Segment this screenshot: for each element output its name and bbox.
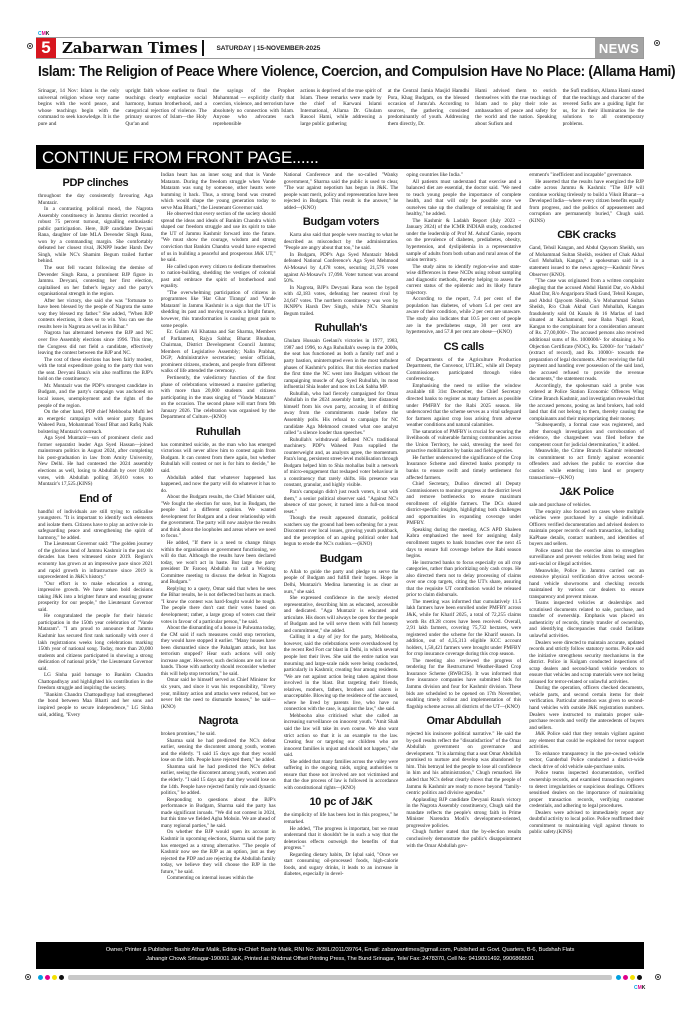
story-paragraph: Sharma said he had predicted the NC's de… <box>161 738 276 764</box>
story-paragraph: has committed suicide, as the man who ha… <box>161 442 276 475</box>
story-paragraph: The meeting also reviewed the progress o… <box>406 658 521 710</box>
story-paragraph: Chugh further stated that the by-electio… <box>406 829 521 849</box>
story-paragraph: to Allah to guide the party and pledge t… <box>284 569 399 595</box>
yellow-swatch <box>52 975 57 980</box>
story-paragraph: Teams inspected vehicles at dealerships … <box>529 600 644 639</box>
column-1: PDP clinchesthroughout the day consisten… <box>38 172 153 932</box>
story-paragraph: The study aims to identify region-wise a… <box>406 264 521 297</box>
registration-mark-top-left <box>27 43 33 49</box>
story-subhead: CS calls <box>406 340 521 354</box>
story-paragraph: Aga Syed Muntazir—son of prominent cleri… <box>38 435 153 487</box>
story-paragraph: The cost of these elections has been fai… <box>38 357 153 383</box>
story-paragraph: He instructed banks to focus especially … <box>406 560 521 599</box>
story-paragraph: Ghulam Hussain Geelani's victories in 19… <box>284 338 399 390</box>
magenta-swatch <box>623 975 628 980</box>
page-number: 5 <box>36 38 56 58</box>
issue-date: SATURDAY | 15-NOVEMBER-2025 <box>204 38 320 58</box>
cyan-swatch <box>38 975 43 980</box>
story-paragraph: Speaking during the meeting, ACS APD Sha… <box>406 527 521 560</box>
story-paragraph: ernment's "inefficient and incapable" go… <box>529 172 644 179</box>
story-paragraph: Chief Secretary, Dulloo directed all Dep… <box>406 481 521 527</box>
story-paragraph: During the operation, officers checked d… <box>529 685 644 731</box>
lead-column: the Sufi tradition, Allama Hami stated t… <box>563 88 644 128</box>
story-paragraph: Dealers were advised to immediately repo… <box>529 810 644 836</box>
story-paragraph: Mr. Muntazir was the PDP's strongest can… <box>38 383 153 409</box>
color-calibration-strip <box>38 974 642 980</box>
story-paragraph: Responding to questions about the BJP's … <box>161 797 276 830</box>
story-paragraph: Omar said he himself served as Chief Min… <box>161 677 276 710</box>
lead-column: Srinagar, 14 Nov: Islam is the only univ… <box>38 88 119 128</box>
story-paragraph: She added that many families across the … <box>284 759 399 792</box>
story-paragraph: Indian heart has an inner song and that … <box>161 172 276 211</box>
story-paragraph: Police stated that the exercise aims to … <box>529 548 644 568</box>
story-paragraph: Para's campaign didn't just reach voters… <box>284 489 399 515</box>
story-paragraph: In a contrasting political mood, the Nag… <box>38 206 153 265</box>
story-paragraph: The seat fell vacant following the demis… <box>38 265 153 298</box>
story-paragraph: She expressed confidence in the newly el… <box>284 595 399 634</box>
story-paragraph: Nagrota has alternated between the BJP a… <box>38 330 153 356</box>
story-paragraph: "Bankim Chandra Chattopadhyay had streng… <box>38 692 153 718</box>
story-paragraph: "The overwhelming participation of citiz… <box>161 290 276 329</box>
column-2: Indian heart has an inner song and that … <box>161 172 276 932</box>
story-paragraph: Commenting on internal issues within the <box>161 875 276 882</box>
story-paragraph: Regarding dietary habits, Dr Iqbal said,… <box>284 852 399 878</box>
story-subhead: 10 pc of J&K <box>284 795 399 809</box>
masthead: 5 Zabarwan Times SATURDAY | 15-NOVEMBER-… <box>36 37 644 59</box>
story-paragraph: He added, "The progress is important, bu… <box>284 826 399 852</box>
story-paragraph: the simplicity of life has been lost in … <box>284 812 399 825</box>
story-paragraph: Pertinently, the valedictory function of… <box>161 375 276 421</box>
story-paragraph: The Kashmir & Ladakh Report (July 2023 –… <box>406 218 521 264</box>
registration-mark-bottom-left <box>25 974 31 980</box>
story-paragraph: Police teams inspected documentation, ve… <box>529 770 644 809</box>
story-paragraph: The saturation of PMFBY is crucial for s… <box>406 429 521 455</box>
imprint-line-2: Jahangir Chowk Srinagar-190001 J&K, Prin… <box>36 955 644 964</box>
story-paragraph: Shamma said he had predicted the NC's de… <box>161 764 276 797</box>
story-paragraph: The Lieutenant Governor said: "The golde… <box>38 541 153 580</box>
story-paragraph: In Budgam, PDP's Aga Syed Muntazir Mehdi… <box>284 252 399 285</box>
story-paragraph: The enquiry also focused on cases where … <box>529 509 644 548</box>
imprint-footer: Owner, Printer & Publisher: Bashir Athar… <box>36 942 644 969</box>
story-subhead: PDP clinches <box>38 176 153 190</box>
story-paragraph: He observed that every section of the so… <box>161 211 276 263</box>
story-paragraph: On whether the BJP would open its accoun… <box>161 829 276 875</box>
story-paragraph: "The case was originated from a written … <box>529 278 644 383</box>
magenta-swatch <box>45 975 50 980</box>
black-swatch <box>637 975 642 980</box>
story-paragraph: He further underscored the significance … <box>406 455 521 481</box>
column-5: ernment's "inefficient and incapable" go… <box>529 172 644 932</box>
story-paragraph: handful of individuals are still trying … <box>38 509 153 542</box>
story-paragraph: About the dismantling of a house in Pulw… <box>161 625 276 677</box>
newspaper-name: Zabarwan Times <box>56 38 202 58</box>
story-paragraph: He added, "If there is a need to change … <box>161 540 276 586</box>
story-paragraph: J&K Police said that they remain vigilan… <box>529 731 644 751</box>
story-paragraph: He congratulated the people for their hi… <box>38 613 153 672</box>
story-subhead: Ruhullah <box>161 425 276 439</box>
lead-column: the sayings of the Prophet Muhammad — ex… <box>213 88 294 128</box>
story-paragraph: He called upon every citizen to dedicate… <box>161 264 276 290</box>
story-subhead: Ruhullah's <box>284 321 399 335</box>
story-subhead: Omar Abdullah <box>406 714 521 728</box>
registration-mark-bottom-right <box>655 974 661 980</box>
story-paragraph: Dealers were directed to maintain accura… <box>529 640 644 686</box>
lead-headline: Islam: The Religion of Peace Where Viole… <box>38 64 614 80</box>
story-paragraph: LG Sinha paid homage to Bankim Chandra C… <box>38 672 153 692</box>
story-paragraph: On the other hand, PDP chief Mehbooba Mu… <box>38 409 153 435</box>
story-paragraph: Calling it a day of joy for the party, M… <box>284 634 399 713</box>
story-paragraph: Mehbooba also criticised what she called… <box>284 713 399 759</box>
story-paragraph: Gand, Tehsil Kangan, and Abdul Qayoom Sh… <box>529 245 644 278</box>
story-paragraph: of Departments of the Agriculture Produc… <box>406 357 521 383</box>
story-paragraph: Meanwhile, the Crime Branch Kashmir reit… <box>529 448 644 481</box>
lead-column: actions is deprived of the true spirit o… <box>300 88 381 128</box>
story-paragraph: Though the result appeared dramatic, pol… <box>284 515 399 548</box>
story-paragraph: To enhance transparency in the pre-owned… <box>529 751 644 771</box>
story-paragraph: Ruhullah, who had fiercely campaigned fo… <box>284 391 399 437</box>
story-paragraph: About the Budgam results, the Chief Mini… <box>161 494 276 540</box>
story-paragraph: National Conference and the so-called "W… <box>284 172 399 211</box>
story-paragraph: The meeting was informed that cumulative… <box>406 599 521 658</box>
story-paragraph: In Nagrota, BJP's Devyani Rana won the b… <box>284 285 399 318</box>
story-subhead: Budgam <box>284 552 399 566</box>
continue-from-front-page-banner: CONTINUE FROM FRONT PAGE...... <box>36 145 644 169</box>
imprint-line-1: Owner, Printer & Publisher: Bashir Athar… <box>36 946 644 955</box>
story-subhead: J&K Police <box>529 485 644 499</box>
story-paragraph: Replying to a query, Omar said that when… <box>161 586 276 625</box>
story-paragraph: Abdullah added that whatever happened ha… <box>161 475 276 495</box>
story-paragraph: "Our effort is to make education a stron… <box>38 581 153 614</box>
story-paragraph: throughout the day consistently favourin… <box>38 193 153 206</box>
gray-bar <box>68 975 612 980</box>
continued-stories: PDP clinchesthroughout the day consisten… <box>38 172 644 932</box>
section-tag: NEWS <box>595 38 643 58</box>
story-paragraph: Meanwhile, Police in Jammu carried out a… <box>529 568 644 601</box>
story-paragraph: rejected his insincere political narrati… <box>406 731 521 796</box>
lead-column: upright faith whose earliest to final te… <box>125 88 206 128</box>
cmyk-label-bottom: CMK <box>634 985 645 991</box>
story-paragraph: "Subsequently, a formal case was registe… <box>529 422 644 448</box>
black-swatch <box>59 975 64 980</box>
story-paragraph: Karra also said that people were reactin… <box>284 232 399 252</box>
story-subhead: Nagrota <box>161 714 276 728</box>
story-paragraph: He asserted that the results have energi… <box>529 179 644 225</box>
story-paragraph: All patients must understand that exerci… <box>406 179 521 218</box>
story-paragraph: Applauding BJP candidate Devyani Rana's … <box>406 797 521 830</box>
story-paragraph: Er. Gulam Ali Khatana and Sat Sharma, Me… <box>161 329 276 375</box>
story-subhead: Budgam voters <box>284 215 399 229</box>
lead-story-body: Srinagar, 14 Nov: Islam is the only univ… <box>38 88 644 128</box>
story-paragraph: According to the report, 7.4 per cent of… <box>406 296 521 335</box>
lead-column: Hami advised them to enrich themselves w… <box>475 88 556 128</box>
story-paragraph: After her victory, she said she was "for… <box>38 298 153 331</box>
column-3: National Conference and the so-called "W… <box>284 172 399 932</box>
story-paragraph: Accordingly, the spokesman said a probe … <box>529 383 644 422</box>
story-subhead: End of <box>38 492 153 506</box>
column-4: oping countries like India."All patients… <box>406 172 521 932</box>
yellow-swatch <box>630 975 635 980</box>
lead-column: at the Central Jamia Masjid Hamdhi Pora,… <box>388 88 469 128</box>
cyan-swatch <box>616 975 621 980</box>
story-paragraph: Ruhullah's withdrawal deflated NC's trad… <box>284 437 399 489</box>
story-paragraph: Emphasising the need to utilise the wind… <box>406 383 521 429</box>
registration-mark-top-right <box>654 40 660 46</box>
story-subhead: CBK cracks <box>529 228 644 242</box>
